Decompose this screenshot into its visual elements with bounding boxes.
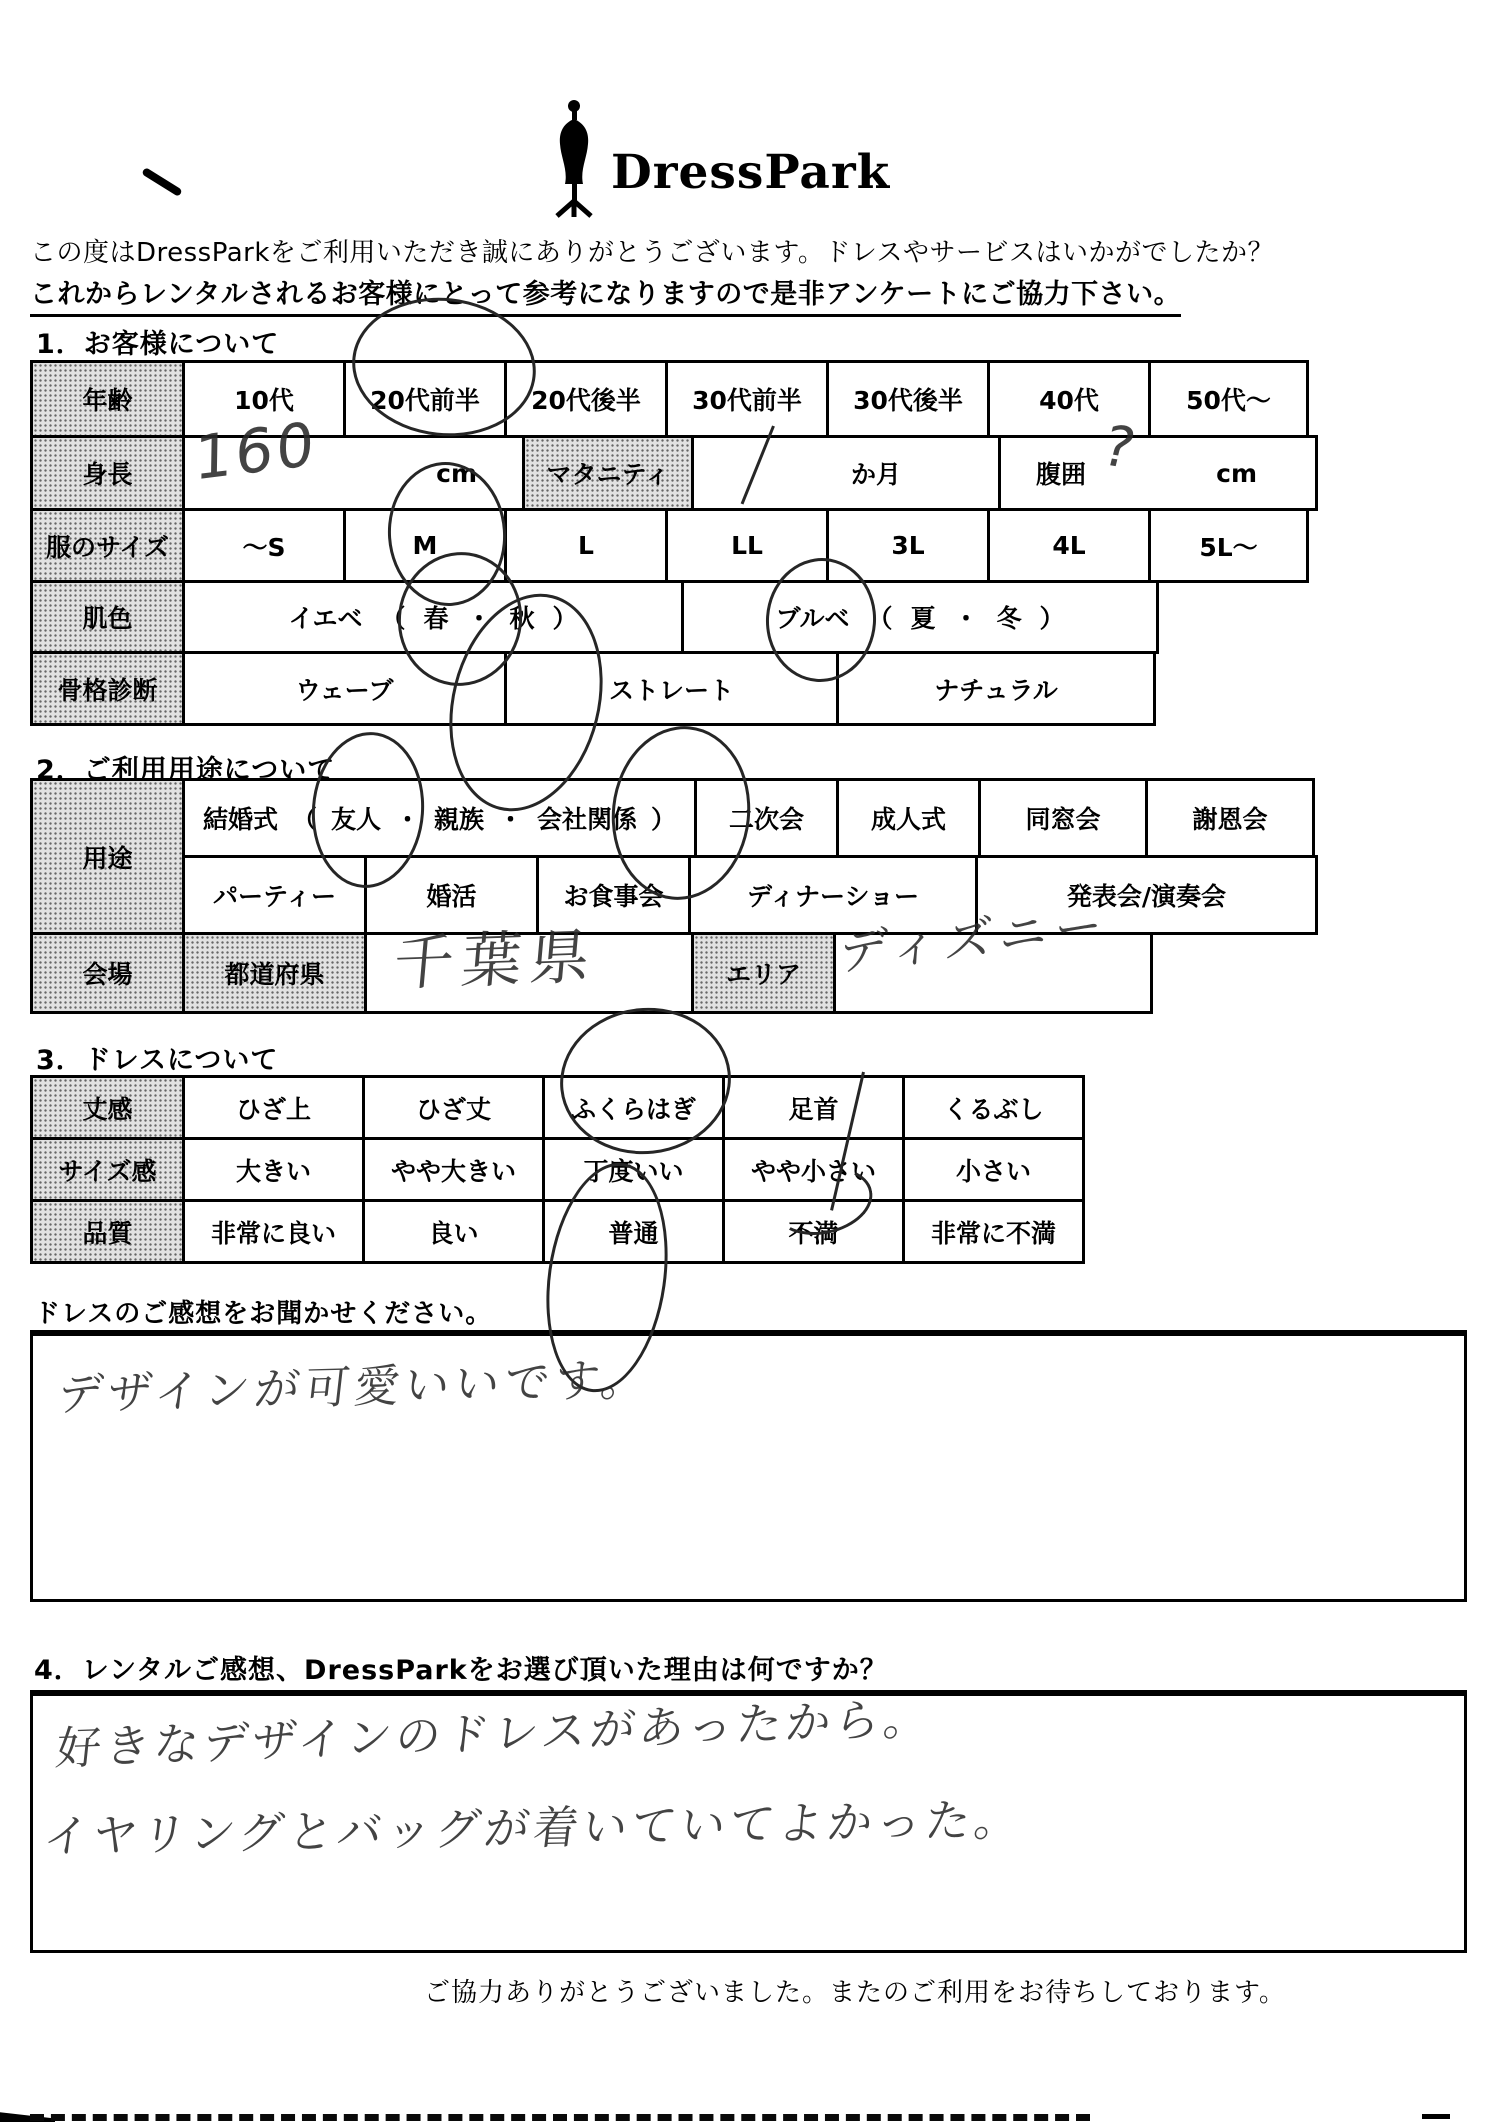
scan-artifact-line bbox=[30, 2114, 1090, 2121]
section4-title: 4．レンタルご感想、DressParkをお選び頂いた理由は何ですか？ bbox=[34, 1648, 888, 1687]
age-option-late30s: 30代後半 bbox=[826, 360, 990, 438]
skeleton-row: 骨格診断 ウェーブ ストレート ナチュラル bbox=[30, 651, 1318, 726]
quality-good: 良い bbox=[362, 1199, 545, 1264]
size-option-l: L bbox=[504, 508, 668, 583]
fit-small: 小さい bbox=[902, 1137, 1085, 1202]
yellow-base-label: イエベ bbox=[288, 599, 362, 635]
age-option-50s: 50代～ bbox=[1148, 360, 1309, 438]
skeleton-option-natural: ナチュラル bbox=[836, 651, 1156, 726]
length-knee: ひざ丈 bbox=[362, 1075, 545, 1140]
purpose-reunion: 同窓会 bbox=[978, 778, 1148, 858]
scanned-survey-page: DressPark この度はDressParkをご利用いただき誠にありがとうござ… bbox=[0, 0, 1500, 2127]
logo-text: DressPark bbox=[611, 145, 890, 200]
dress-form-icon bbox=[545, 98, 603, 218]
fit-header: サイズ感 bbox=[30, 1137, 185, 1202]
months-label: か月 bbox=[851, 455, 901, 491]
size-option-s: ～S bbox=[182, 508, 346, 583]
maternity-header: マタニティ bbox=[522, 435, 694, 511]
skin-tone-row: 肌色 イエベ （ 春 ・ 秋 ） ブルベ （ 夏 ・ 冬 ） bbox=[30, 580, 1318, 654]
area-header: エリア bbox=[691, 932, 836, 1014]
waist-unit: cm bbox=[1216, 459, 1257, 488]
intro-line-2: これからレンタルされるお客様にとって参考になりますので是非アンケートにご協力下さ… bbox=[30, 272, 1181, 317]
length-anklebone: くるぶし bbox=[902, 1075, 1085, 1140]
height-header: 身長 bbox=[30, 435, 185, 511]
fit-row: サイズ感 大きい やや大きい 丁度いい やや小さい 小さい bbox=[30, 1137, 1085, 1202]
winter-label: 冬 bbox=[997, 599, 1022, 635]
waist-cell: 腹囲 cm bbox=[998, 435, 1318, 511]
age-header: 年齢 bbox=[30, 360, 185, 438]
customer-table: 年齢 10代 20代前半 20代後半 30代前半 30代後半 40代 50代～ … bbox=[30, 360, 1318, 726]
dress-feedback-label: ドレスのご感想をお聞かせください。 bbox=[34, 1293, 492, 1330]
quality-very-good: 非常に良い bbox=[182, 1199, 365, 1264]
length-ankle: 足首 bbox=[722, 1075, 905, 1140]
section3-title: 3．ドレスについて bbox=[36, 1038, 278, 1077]
footer-thanks: ご協力ありがとうございました。またのご利用をお待ちしております。 bbox=[424, 1972, 1286, 2009]
section1-title: 1．お客様について bbox=[36, 322, 279, 361]
wedding-label: 結婚式 bbox=[203, 800, 278, 836]
clothing-size-header: 服のサイズ bbox=[30, 508, 185, 583]
intro-line-1: この度はDressParkをご利用いただき誠にありがとうございます。ドレスやサー… bbox=[30, 232, 1274, 269]
quality-header: 品質 bbox=[30, 1199, 185, 1264]
size-option-5l: 5L～ bbox=[1148, 508, 1309, 583]
maternity-months-cell: か月 bbox=[691, 435, 1001, 511]
relative-label: 親族 bbox=[434, 800, 484, 836]
venue-header: 会場 bbox=[30, 932, 185, 1014]
prefecture-header: 都道府県 bbox=[182, 932, 367, 1014]
skin-tone-header: 肌色 bbox=[30, 580, 185, 654]
waist-label: 腹囲 bbox=[1036, 455, 1086, 491]
purpose-header: 用途 bbox=[30, 778, 185, 935]
fit-big: 大きい bbox=[182, 1137, 365, 1202]
skin-blue-cell: ブルベ （ 夏 ・ 冬 ） bbox=[681, 580, 1159, 654]
size-option-4l: 4L bbox=[987, 508, 1151, 583]
skeleton-header: 骨格診断 bbox=[30, 651, 185, 726]
quality-very-bad: 非常に不満 bbox=[902, 1199, 1085, 1264]
hw-prefecture-value: 千葉県 bbox=[390, 909, 601, 1002]
length-row: 丈感 ひざ上 ひざ丈 ふくらはぎ 足首 くるぶし bbox=[30, 1075, 1085, 1140]
purpose-thanks-party: 謝恩会 bbox=[1145, 778, 1315, 858]
length-above-knee: ひざ上 bbox=[182, 1075, 365, 1140]
fit-slightly-big: やや大きい bbox=[362, 1137, 545, 1202]
age-option-early30s: 30代前半 bbox=[665, 360, 829, 438]
pen-stray-mark bbox=[141, 167, 183, 197]
summer-label: 夏 bbox=[910, 599, 935, 635]
venue-row: 会場 都道府県 エリア bbox=[30, 932, 1318, 1014]
scan-artifact-dash-right bbox=[1422, 2114, 1450, 2119]
logo: DressPark bbox=[545, 98, 890, 218]
length-header: 丈感 bbox=[30, 1075, 185, 1140]
purpose-coming-of-age: 成人式 bbox=[836, 778, 981, 858]
clothing-size-row: 服のサイズ ～S M L LL 3L 4L 5L～ bbox=[30, 508, 1318, 583]
